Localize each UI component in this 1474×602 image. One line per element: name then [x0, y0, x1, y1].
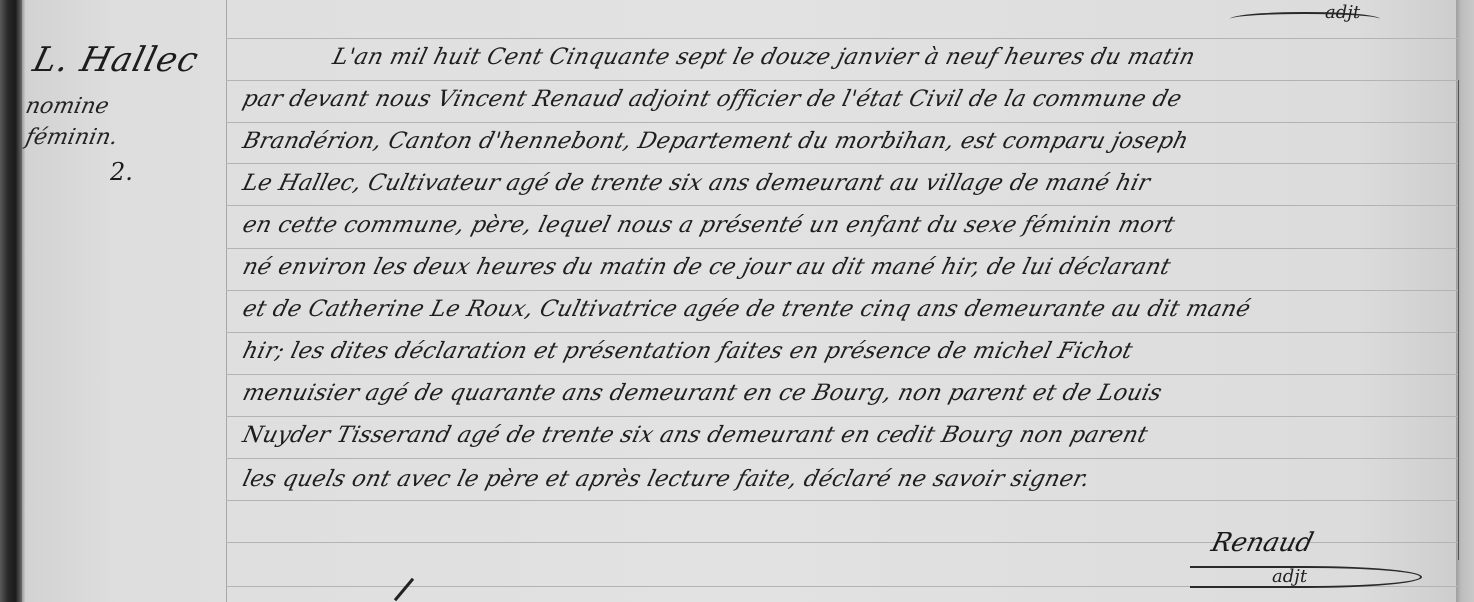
ruled-line — [226, 122, 1458, 123]
right-border-line — [1458, 80, 1459, 560]
ruled-line — [226, 248, 1458, 249]
margin-note: L. Hallec nomine féminin. 2. — [30, 40, 220, 186]
body-line: L'an mil huit Cent Cinquante sept le dou… — [330, 44, 1474, 70]
ruled-line — [226, 374, 1458, 375]
margin-surname: L. Hallec — [29, 40, 225, 80]
ruled-line — [226, 38, 1458, 39]
ruled-line — [226, 416, 1458, 417]
margin-rule — [226, 0, 227, 602]
body-line: menuisier agé de quarante ans demeurant … — [240, 380, 1456, 406]
body-line: hir; les dites déclaration et présentati… — [240, 338, 1456, 364]
body-line: et de Catherine Le Roux, Cultivatrice ag… — [240, 296, 1456, 322]
body-line: par devant nous Vincent Renaud adjoint o… — [240, 86, 1456, 112]
body-line: né environ les deux heures du matin de c… — [240, 254, 1456, 280]
ruled-line — [226, 205, 1458, 206]
previous-entry-annotation: adjt — [1325, 2, 1360, 23]
entry-number: 2. — [110, 158, 220, 186]
signature-title: adjt — [1272, 566, 1307, 587]
signature-name: Renaud — [1208, 528, 1316, 558]
document-page: adjt L. Hallec nomine féminin. 2. L'an m… — [0, 0, 1474, 602]
ruled-line — [226, 163, 1458, 164]
body-line: Le Hallec, Cultivateur agé de trente six… — [240, 170, 1456, 196]
margin-line-2: féminin. — [23, 125, 222, 150]
ruled-line — [226, 290, 1458, 291]
ruled-line — [226, 458, 1458, 459]
body-line: Brandérion, Canton d'hennebont, Departem… — [240, 128, 1456, 154]
body-line: Nuyder Tisserand agé de trente six ans d… — [240, 422, 1456, 448]
body-line: les quels ont avec le père et après lect… — [240, 466, 1456, 492]
ruled-line — [226, 80, 1458, 81]
binding-edge — [22, 0, 26, 602]
ruled-line — [226, 332, 1458, 333]
body-line: en cette commune, père, lequel nous a pr… — [240, 212, 1456, 238]
ruled-line — [226, 500, 1458, 501]
next-entry-stroke — [394, 578, 414, 601]
book-binding — [0, 0, 22, 602]
margin-line-1: nomine — [23, 94, 222, 119]
